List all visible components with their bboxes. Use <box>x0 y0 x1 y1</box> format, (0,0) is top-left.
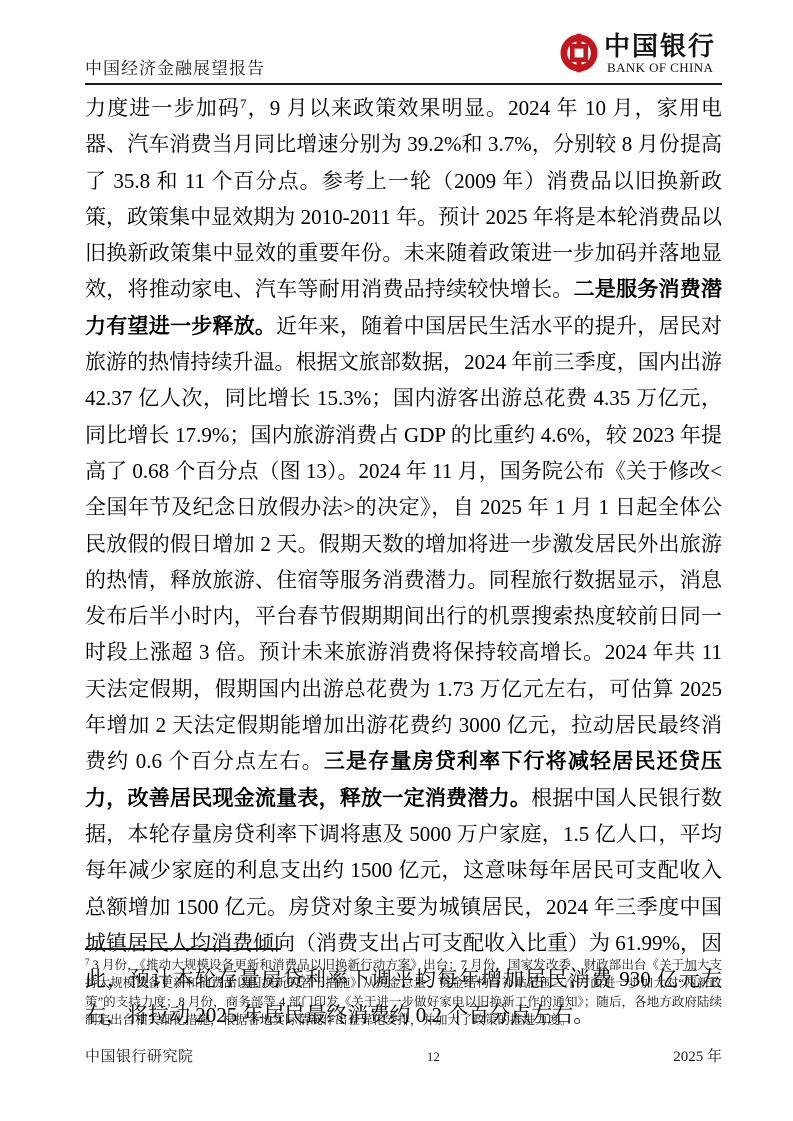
page-footer: 中国银行研究院 12 2025 年 <box>85 1045 722 1066</box>
boc-emblem-icon <box>558 30 600 76</box>
body-segment-normal: ，9 月以来政策效果明显。2024 年 10 月，家用电器、汽车消费当月同比增速… <box>85 96 722 301</box>
header-divider <box>85 83 722 85</box>
footnote-text: 3 月份，《推动大规模设备更新和消费品以旧换新行动方案》出台；7 月份，国家发改… <box>85 958 722 1027</box>
document-page: 中国经济金融展望报告 中国银行 BANK OF CHINA 力度进一步加码7，9… <box>0 0 793 1121</box>
footnote: 73 月份，《推动大规模设备更新和消费品以旧换新行动方案》出台；7 月份，国家发… <box>85 956 722 1030</box>
body-segment-normal: 力度进一步加码 <box>85 96 240 120</box>
report-title: 中国经济金融展望报告 <box>85 54 265 79</box>
boc-english-name: BANK OF CHINA <box>607 60 713 76</box>
footer-institution: 中国银行研究院 <box>85 1045 194 1066</box>
footer-year: 2025 年 <box>673 1045 722 1066</box>
page-number: 12 <box>427 1049 440 1065</box>
footnote-divider <box>85 948 281 950</box>
body-segment-sup: 7 <box>240 96 247 111</box>
body-text: 力度进一步加码7，9 月以来政策效果明显。2024 年 10 月，家用电器、汽车… <box>85 90 722 1034</box>
boc-chinese-name: 中国银行 <box>604 26 716 63</box>
footnote-marker: 7 <box>85 957 90 967</box>
body-segment-normal: 近年来，随着中国居民生活水平的提升，居民对旅游的热情持续升温。根据文旅部数据，2… <box>85 314 722 774</box>
bank-of-china-logo: 中国银行 BANK OF CHINA <box>556 24 724 80</box>
